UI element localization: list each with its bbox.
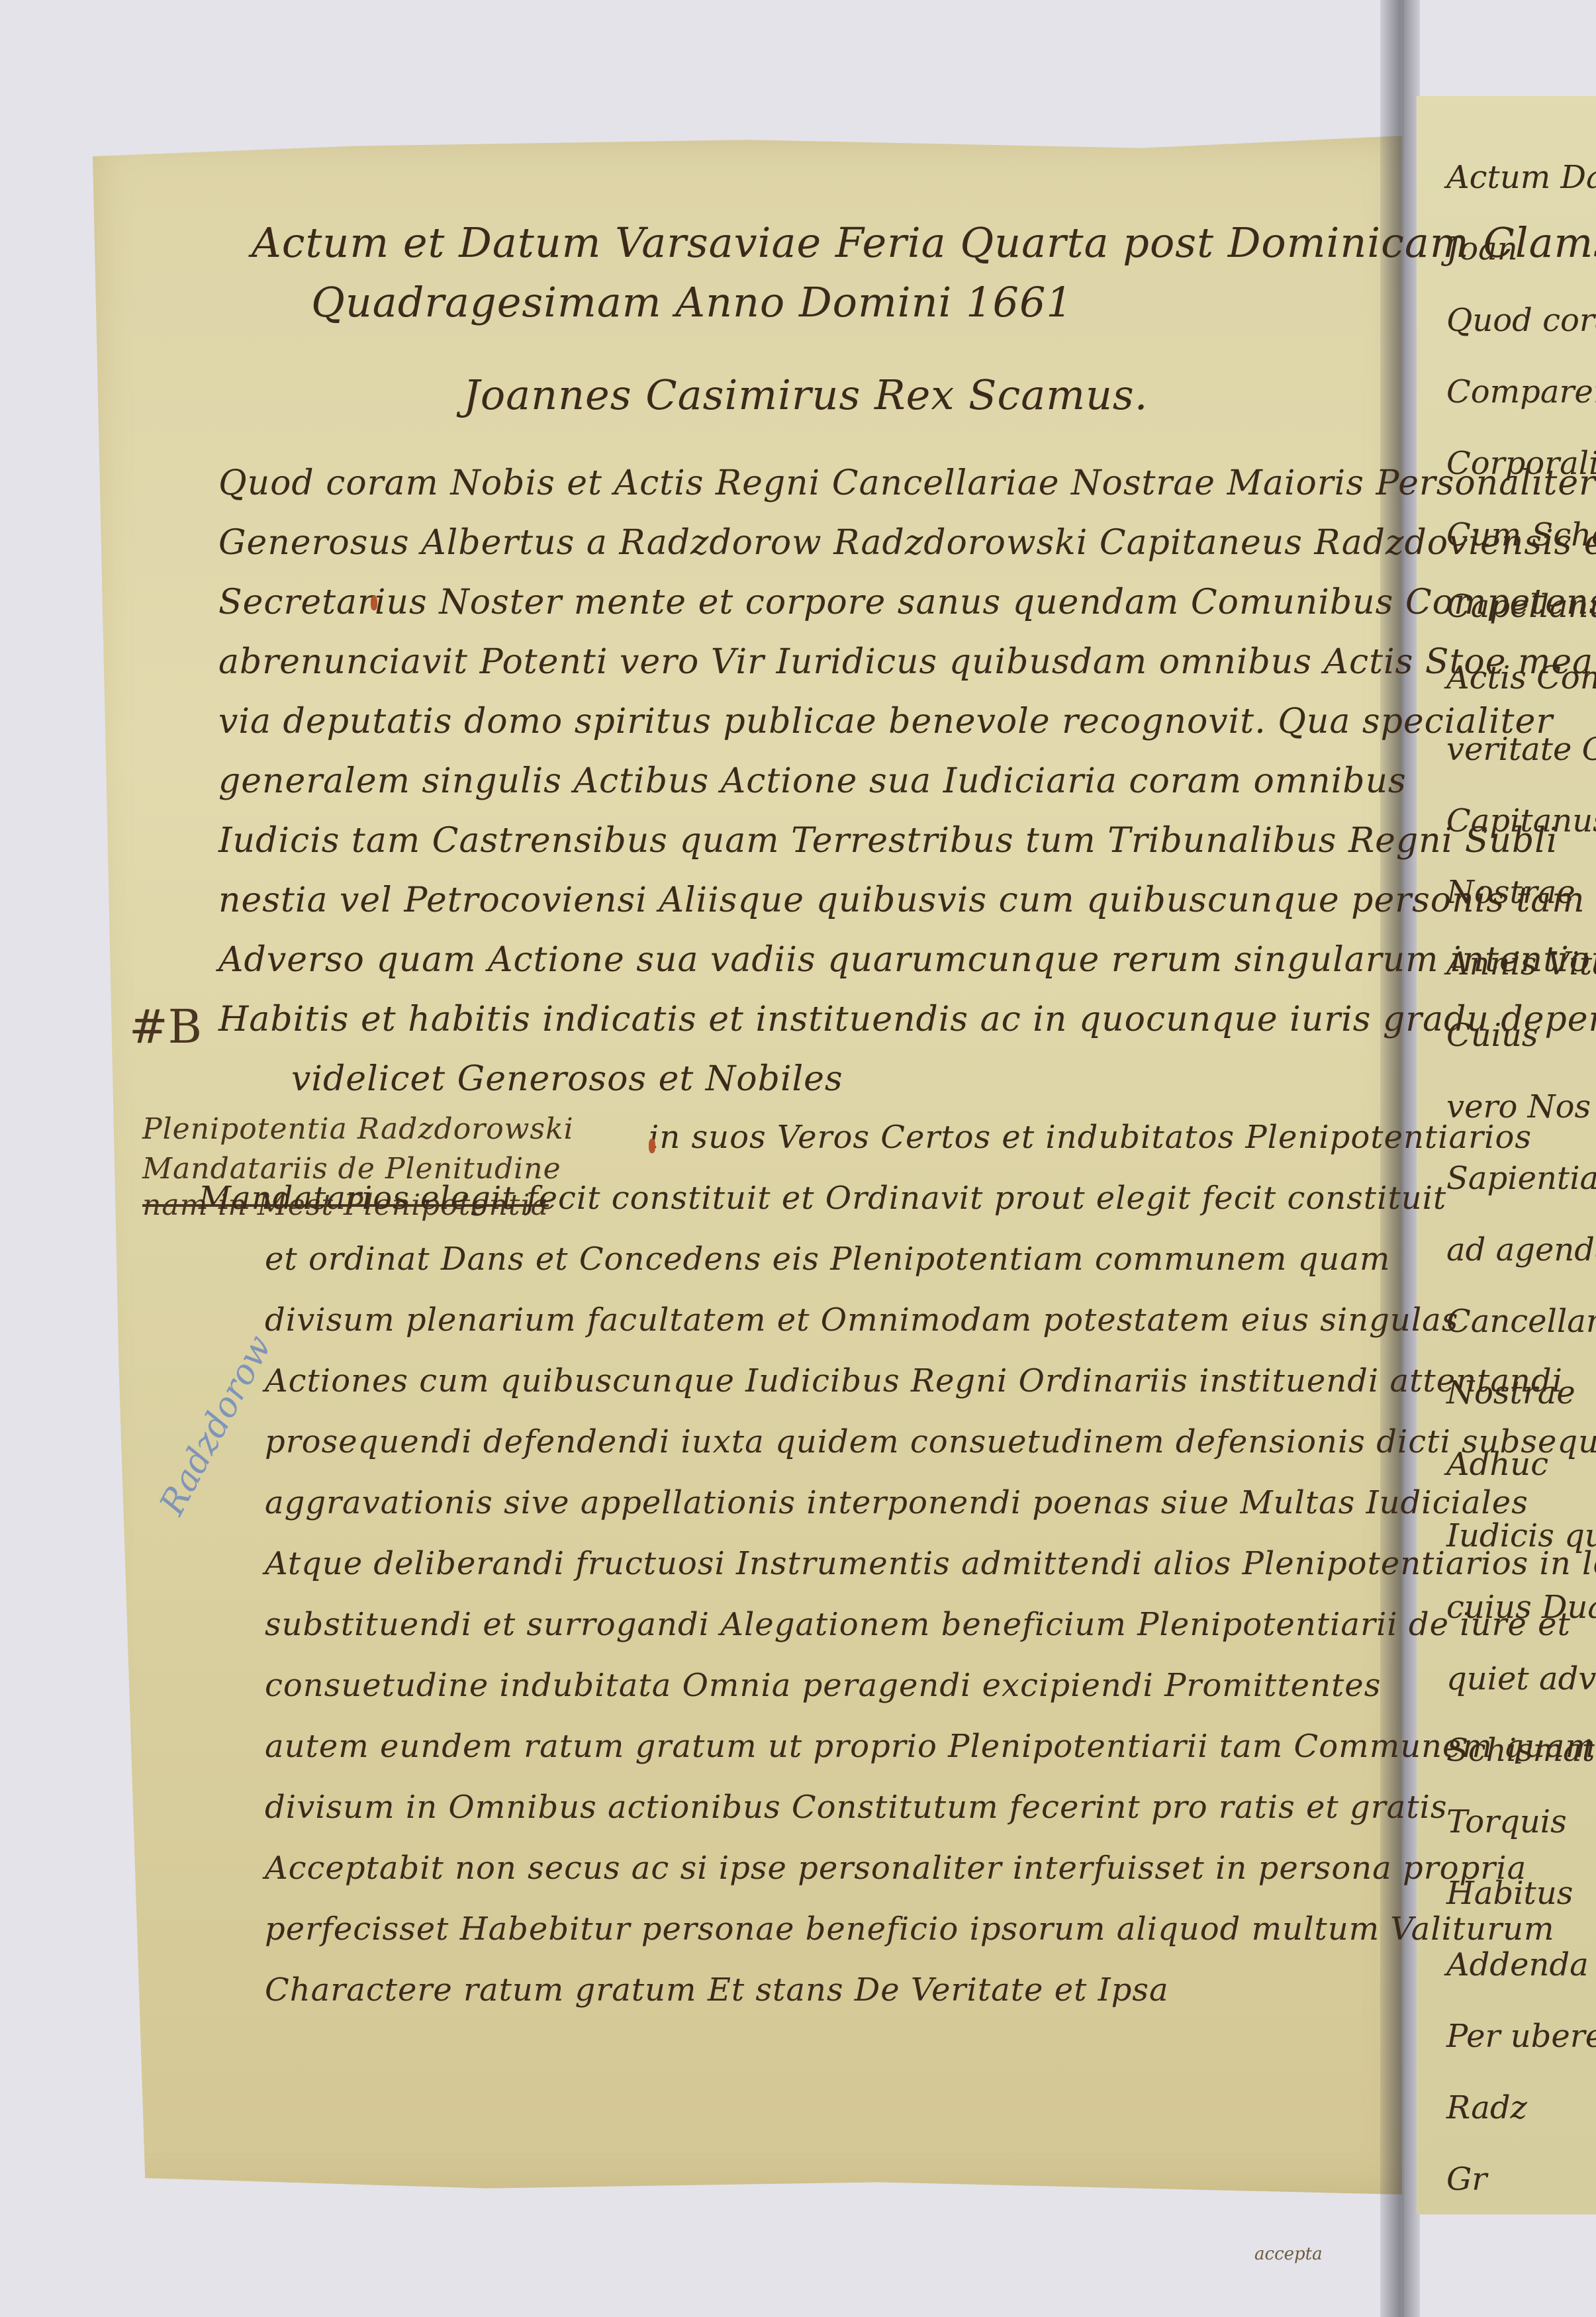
body-line: et ordinat Dans et Concedens eis Plenipo… xyxy=(265,1241,1390,1278)
right-page-line: Capitanus xyxy=(1446,802,1596,839)
marginal-symbol: #B xyxy=(129,1000,202,1054)
body-line: Acceptabit non secus ac si ipse personal… xyxy=(265,1850,1526,1887)
bottom-pencil-annotation: accepta xyxy=(1254,2244,1323,2264)
body-line: nestia vel Petrocoviensi Aliisque quibus… xyxy=(218,880,1596,920)
right-page-line: Actum Dat xyxy=(1446,159,1596,196)
book-gutter xyxy=(1380,0,1420,2317)
body-line: Charactere ratum gratum Et stans De Veri… xyxy=(265,1971,1169,2009)
ink-spot xyxy=(649,1139,655,1153)
body-line: Habitis et habitis indicatis et institue… xyxy=(218,1000,1596,1039)
right-page-line: Per uberem xyxy=(1446,2018,1596,2055)
body-line: divisum plenarium facultatem et Omnimoda… xyxy=(265,1301,1458,1339)
right-page-line: Cuius xyxy=(1446,1017,1538,1054)
ink-spot xyxy=(371,596,377,610)
body-line: Quod coram Nobis et Actis Regni Cancella… xyxy=(218,463,1596,503)
right-page-line: Annis Vitae xyxy=(1446,945,1596,982)
right-page-line: Habitus xyxy=(1446,1875,1573,1912)
right-page-line: Addenda xyxy=(1446,1946,1589,1983)
right-page-line: Cum Scholasticus xyxy=(1446,516,1596,553)
body-line: Iudicis tam Castrensibus quam Terrestrib… xyxy=(218,821,1558,861)
right-page-line: Capellanus xyxy=(1446,588,1596,625)
right-page-line: Nostrae xyxy=(1446,874,1575,911)
body-line: generalem singulis Actibus Actione sua I… xyxy=(218,761,1407,801)
body-line: perfecisset Habebitur personae beneficio… xyxy=(265,1911,1555,1948)
body-line: Generosus Albertus a Radzdorow Radzdorow… xyxy=(218,523,1596,563)
body-line: abrenunciavit Potenti vero Vir Iuridicus… xyxy=(218,642,1593,682)
right-page-line: Sapientia xyxy=(1446,1160,1596,1197)
body-line: substituendi et surrogandi Alegationem b… xyxy=(265,1606,1571,1643)
right-page-line: Quod coram Nobis xyxy=(1446,302,1596,339)
body-line: Adverso quam Actione sua vadiis quarumcu… xyxy=(218,940,1596,980)
binding-edge xyxy=(1402,0,1404,2317)
right-page-line: Torquis xyxy=(1446,1803,1567,1840)
right-page-line: veritate Cap xyxy=(1446,731,1596,768)
right-page-line: Nostrae xyxy=(1446,1374,1575,1411)
right-page-line: cuius Dua xyxy=(1446,1589,1596,1626)
body-line: in suos Veros Certos et indubitatos Plen… xyxy=(649,1119,1532,1156)
body-line: Secretarius Noster mente et corpore sanu… xyxy=(218,583,1596,622)
margin-note-1: Plenipotentia Radzdorowski xyxy=(142,1112,574,1146)
right-page-line: Comparens G xyxy=(1446,373,1596,410)
body-line: aggravationis sive appellationis interpo… xyxy=(265,1484,1528,1521)
document-title: Joannes Casimirus Rex Scamus. xyxy=(463,371,1148,419)
body-line: Atque deliberandi fructuosi Instrumentis… xyxy=(265,1545,1596,1582)
right-page-line: Corporalis xyxy=(1446,445,1596,482)
body-line: autem eundem ratum gratum ut proprio Ple… xyxy=(265,1728,1596,1765)
right-page-line: Cancellariae xyxy=(1446,1303,1596,1340)
right-page-line: Radz xyxy=(1446,2089,1527,2126)
body-line: Actiones cum quibuscunque Iudicibus Regn… xyxy=(265,1362,1563,1399)
right-page-line: Adhuc xyxy=(1446,1446,1548,1483)
heading-line-1: Actum et Datum Varsaviae Feria Quarta po… xyxy=(252,218,1596,267)
body-line: Mandatarios elegit fecit constituit et O… xyxy=(199,1180,1446,1217)
right-page-line: quiet adve xyxy=(1446,1660,1596,1697)
body-line: via deputatis domo spiritus publicae ben… xyxy=(218,702,1553,741)
right-page-line: Schismate xyxy=(1446,1732,1596,1769)
right-page-line: vero Nos xyxy=(1446,1088,1591,1125)
right-page-line: Gr xyxy=(1446,2161,1487,2198)
right-page-line: Joan xyxy=(1446,230,1518,267)
right-page-line: Iudicis quid xyxy=(1446,1517,1596,1554)
body-line: divisum in Omnibus actionibus Constitutu… xyxy=(265,1789,1448,1826)
heading-line-2: Quadragesimam Anno Domini 1661 xyxy=(311,278,1073,326)
right-page-line: ad agenda xyxy=(1446,1231,1596,1268)
body-line: videlicet Generosos et Nobiles xyxy=(291,1059,843,1099)
body-line: consuetudine indubitata Omnia peragendi … xyxy=(265,1667,1381,1704)
body-line: prosequendi defendendi iuxta quidem cons… xyxy=(265,1423,1596,1460)
right-page-line: Actis Con xyxy=(1446,659,1596,696)
